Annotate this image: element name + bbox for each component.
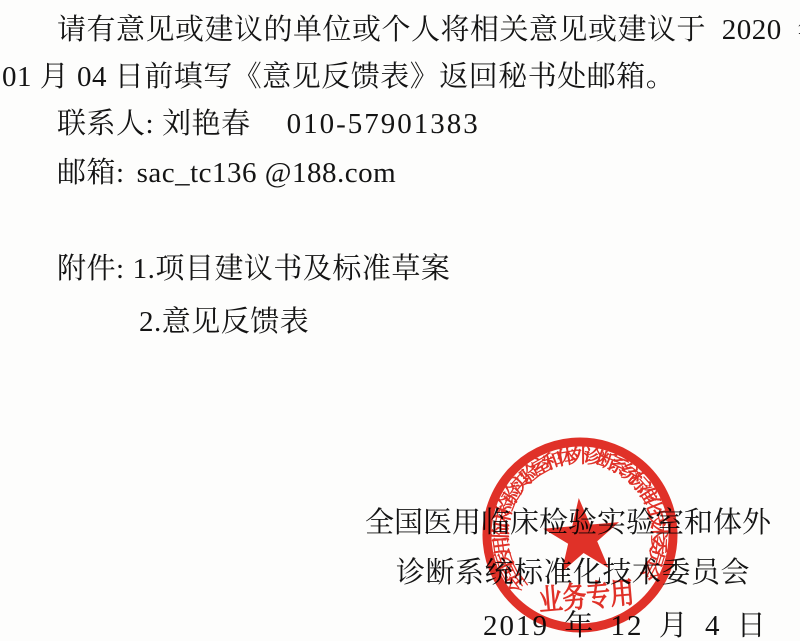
svg-text:外: 外 bbox=[570, 446, 590, 468]
email-address: sac_tc136 @188.com bbox=[137, 157, 397, 189]
contact-label: 联系人: bbox=[57, 108, 154, 140]
svg-text:验: 验 bbox=[515, 459, 544, 489]
svg-text:和: 和 bbox=[541, 447, 566, 474]
svg-text:实: 实 bbox=[506, 468, 536, 497]
attachments-label: 附件: bbox=[57, 253, 125, 285]
contact-name: 刘艳春 bbox=[162, 108, 251, 140]
attachment-item: 2.意见反馈表 bbox=[139, 305, 309, 339]
document-page: 请有意见或建议的单位或个人将相关意见或建议于 2020 年 01 月 04 日前… bbox=[0, 0, 800, 641]
svg-text:统: 统 bbox=[615, 459, 644, 489]
intro-paragraph-line-1: 请有意见或建议的单位或个人将相关意见或建议于 2020 年 bbox=[57, 13, 800, 47]
svg-text:体: 体 bbox=[555, 444, 578, 470]
official-seal: 全国医用临床检验实验室和体外诊断系统标准化技术委员会 业务专用 bbox=[0, 0, 800, 641]
contact-line: 联系人:刘艳春010-57901383 bbox=[57, 107, 480, 141]
svg-text:系: 系 bbox=[605, 451, 633, 480]
svg-text:标: 标 bbox=[624, 467, 655, 498]
svg-text:室: 室 bbox=[527, 452, 555, 481]
svg-text:诊: 诊 bbox=[582, 444, 605, 470]
contact-phone: 010-57901383 bbox=[287, 108, 480, 140]
signature-org-line-2: 诊断系统标准化技术委员会 bbox=[396, 556, 750, 590]
intro-paragraph-line-2: 01 月 04 日前填写《意见反馈表》返回秘书处邮箱。 bbox=[2, 60, 675, 94]
svg-text:验: 验 bbox=[498, 480, 528, 508]
signature-org-line-1: 全国医用临床检验实验室和体外 bbox=[365, 506, 771, 540]
svg-text:准: 准 bbox=[633, 480, 663, 508]
attachment-item: 1.项目建议书及标准草案 bbox=[133, 253, 451, 285]
email-label: 邮箱: bbox=[57, 157, 125, 189]
svg-text:断: 断 bbox=[593, 447, 619, 475]
email-line: 邮箱:sac_tc136 @188.com bbox=[57, 156, 396, 190]
attachments-line-1: 附件:1.项目建议书及标准草案 bbox=[57, 252, 450, 286]
signature-date: 2019 年 12 月 4 日 bbox=[483, 609, 768, 641]
